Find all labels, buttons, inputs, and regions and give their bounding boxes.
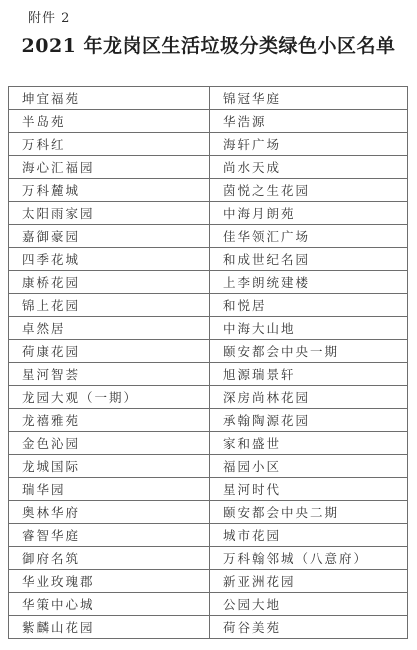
table-row: 瑞华园星河时代 bbox=[9, 478, 408, 501]
table-row: 华策中心城公园大地 bbox=[9, 593, 408, 616]
table-row: 奥林华府颐安都会中央二期 bbox=[9, 501, 408, 524]
table-row: 御府名筑万科翰邻城（八意府） bbox=[9, 547, 408, 570]
community-cell: 锦冠华庭 bbox=[210, 87, 408, 110]
community-cell: 颐安都会中央一期 bbox=[210, 340, 408, 363]
table-row: 半岛苑华浩源 bbox=[9, 110, 408, 133]
community-cell: 龙园大观（一期） bbox=[9, 386, 210, 409]
table-row: 太阳雨家园中海月朗苑 bbox=[9, 202, 408, 225]
community-cell: 颐安都会中央二期 bbox=[210, 501, 408, 524]
community-cell: 星河时代 bbox=[210, 478, 408, 501]
page-title: 2021 年龙岗区生活垃圾分类绿色小区名单 bbox=[0, 31, 417, 58]
community-cell: 承翰陶源花园 bbox=[210, 409, 408, 432]
table-row: 龙园大观（一期）深房尚林花园 bbox=[9, 386, 408, 409]
document-page: 附件 2 2021 年龙岗区生活垃圾分类绿色小区名单 坤宜福苑锦冠华庭半岛苑华浩… bbox=[0, 0, 417, 650]
table-row: 紫麟山花园荷谷美苑 bbox=[9, 616, 408, 639]
table-row: 龙城国际福园小区 bbox=[9, 455, 408, 478]
community-table-body: 坤宜福苑锦冠华庭半岛苑华浩源万科红海轩广场海心汇福园尚水天成万科麓城茵悦之生花园… bbox=[9, 87, 408, 639]
community-cell: 福园小区 bbox=[210, 455, 408, 478]
community-cell: 城市花园 bbox=[210, 524, 408, 547]
community-cell: 旭源瑞景轩 bbox=[210, 363, 408, 386]
attachment-label: 附件 2 bbox=[28, 7, 70, 26]
community-cell: 太阳雨家园 bbox=[9, 202, 210, 225]
community-cell: 万科红 bbox=[9, 133, 210, 156]
community-cell: 嘉御豪园 bbox=[9, 225, 210, 248]
community-cell: 中海大山地 bbox=[210, 317, 408, 340]
table-row: 康桥花园上李朗统建楼 bbox=[9, 271, 408, 294]
community-cell: 康桥花园 bbox=[9, 271, 210, 294]
table-row: 万科红海轩广场 bbox=[9, 133, 408, 156]
community-cell: 和悦居 bbox=[210, 294, 408, 317]
community-cell: 海心汇福园 bbox=[9, 156, 210, 179]
community-cell: 海轩广场 bbox=[210, 133, 408, 156]
table-row: 海心汇福园尚水天成 bbox=[9, 156, 408, 179]
community-cell: 御府名筑 bbox=[9, 547, 210, 570]
community-cell: 茵悦之生花园 bbox=[210, 179, 408, 202]
community-cell: 华浩源 bbox=[210, 110, 408, 133]
community-cell: 荷康花园 bbox=[9, 340, 210, 363]
community-cell: 华业玫瑰郡 bbox=[9, 570, 210, 593]
community-cell: 上李朗统建楼 bbox=[210, 271, 408, 294]
table-row: 龙禧雅苑承翰陶源花园 bbox=[9, 409, 408, 432]
community-cell: 家和盛世 bbox=[210, 432, 408, 455]
community-cell: 佳华领汇广场 bbox=[210, 225, 408, 248]
community-cell: 万科麓城 bbox=[9, 179, 210, 202]
community-cell: 金色沁园 bbox=[9, 432, 210, 455]
community-cell: 万科翰邻城（八意府） bbox=[210, 547, 408, 570]
table-row: 嘉御豪园佳华领汇广场 bbox=[9, 225, 408, 248]
community-cell: 龙禧雅苑 bbox=[9, 409, 210, 432]
table-row: 四季花城和成世纪名园 bbox=[9, 248, 408, 271]
community-cell: 半岛苑 bbox=[9, 110, 210, 133]
community-cell: 瑞华园 bbox=[9, 478, 210, 501]
community-cell: 新亚洲花园 bbox=[210, 570, 408, 593]
community-cell: 卓然居 bbox=[9, 317, 210, 340]
community-cell: 公园大地 bbox=[210, 593, 408, 616]
table-row: 金色沁园家和盛世 bbox=[9, 432, 408, 455]
community-cell: 和成世纪名园 bbox=[210, 248, 408, 271]
table-row: 星河智荟旭源瑞景轩 bbox=[9, 363, 408, 386]
community-table: 坤宜福苑锦冠华庭半岛苑华浩源万科红海轩广场海心汇福园尚水天成万科麓城茵悦之生花园… bbox=[8, 86, 408, 639]
community-cell: 锦上花园 bbox=[9, 294, 210, 317]
community-cell: 深房尚林花园 bbox=[210, 386, 408, 409]
table-row: 睿智华庭城市花园 bbox=[9, 524, 408, 547]
table-row: 万科麓城茵悦之生花园 bbox=[9, 179, 408, 202]
table-row: 锦上花园和悦居 bbox=[9, 294, 408, 317]
community-cell: 龙城国际 bbox=[9, 455, 210, 478]
community-cell: 中海月朗苑 bbox=[210, 202, 408, 225]
community-cell: 四季花城 bbox=[9, 248, 210, 271]
community-cell: 华策中心城 bbox=[9, 593, 210, 616]
table-row: 坤宜福苑锦冠华庭 bbox=[9, 87, 408, 110]
table-row: 荷康花园颐安都会中央一期 bbox=[9, 340, 408, 363]
community-cell: 坤宜福苑 bbox=[9, 87, 210, 110]
community-cell: 荷谷美苑 bbox=[210, 616, 408, 639]
community-cell: 紫麟山花园 bbox=[9, 616, 210, 639]
table-row: 华业玫瑰郡新亚洲花园 bbox=[9, 570, 408, 593]
community-cell: 睿智华庭 bbox=[9, 524, 210, 547]
table-row: 卓然居中海大山地 bbox=[9, 317, 408, 340]
community-cell: 尚水天成 bbox=[210, 156, 408, 179]
community-cell: 星河智荟 bbox=[9, 363, 210, 386]
community-cell: 奥林华府 bbox=[9, 501, 210, 524]
